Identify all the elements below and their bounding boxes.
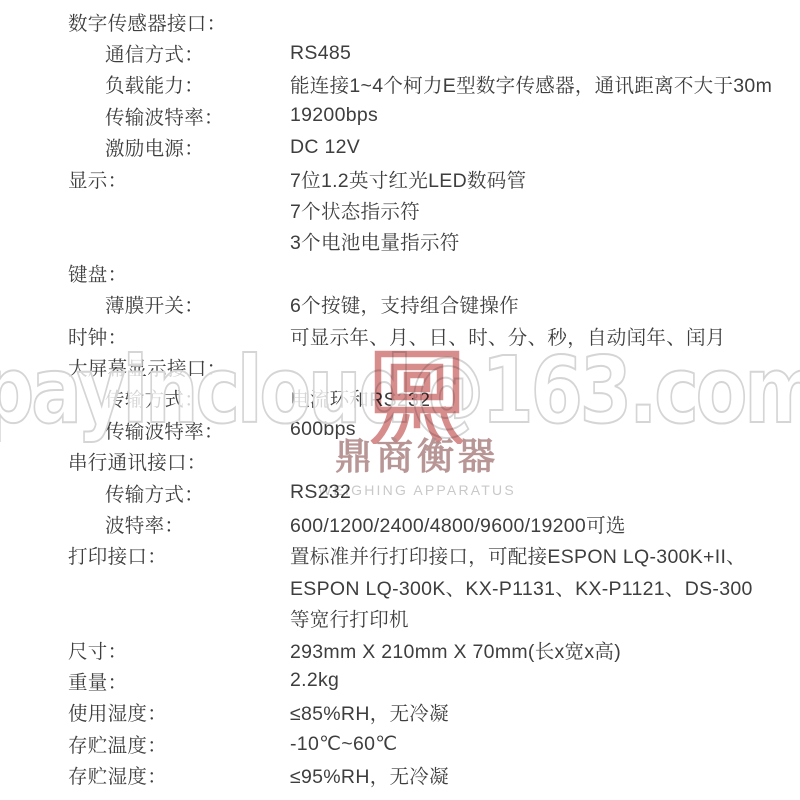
- spec-label: 时钟：: [0, 322, 290, 350]
- spec-row: 负载能力：能连接1~4个柯力E型数字传感器，通讯距离不大于30m: [0, 69, 800, 100]
- spec-label: 传输方式：: [0, 479, 290, 507]
- spec-row: 3个电池电量指示符: [0, 226, 800, 257]
- spec-row: 尺寸：293mm X 210mm X 70mm(长x宽x高): [0, 634, 800, 665]
- spec-value: 600bps: [290, 418, 356, 441]
- spec-label: 薄膜开关：: [0, 290, 290, 318]
- spec-row: 等宽行打印机: [0, 602, 800, 633]
- spec-label: 存贮温度：: [0, 730, 290, 758]
- spec-value: 19200bps: [290, 104, 378, 127]
- spec-row: 波特率：600/1200/2400/4800/9600/19200可选: [0, 508, 800, 539]
- spec-row: 存贮温度：-10℃~60℃: [0, 728, 800, 759]
- spec-value: 能连接1~4个柯力E型数字传感器，通讯距离不大于30m: [290, 70, 772, 98]
- spec-value: 3个电池电量指示符: [290, 227, 460, 255]
- spec-label: 数字传感器接口：: [0, 8, 290, 36]
- spec-label: 传输波特率：: [0, 102, 290, 130]
- spec-row: 显示：7位1.2英寸红光LED数码管: [0, 163, 800, 194]
- spec-row: 重量：2.2kg: [0, 665, 800, 696]
- spec-label: 激励电源：: [0, 133, 290, 161]
- spec-label: 键盘：: [0, 259, 290, 287]
- spec-row: 传输波特率：600bps: [0, 414, 800, 445]
- spec-row: 串行通讯接口：: [0, 445, 800, 476]
- spec-row: ESPON LQ-300K、KX-P1131、KX-P1121、DS-300: [0, 571, 800, 602]
- spec-label: 串行通讯接口：: [0, 447, 290, 475]
- spec-row: 时钟：可显示年、月、日、时、分、秒，自动闰年、闰月: [0, 320, 800, 351]
- spec-value: ≤95%RH，无冷凝: [290, 761, 449, 789]
- spec-value: 293mm X 210mm X 70mm(长x宽x高): [290, 636, 621, 664]
- spec-value: ESPON LQ-300K、KX-P1131、KX-P1121、DS-300: [290, 573, 753, 601]
- spec-label: 传输方式：: [0, 384, 290, 412]
- spec-value: DC 12V: [290, 136, 360, 159]
- spec-label: 负载能力：: [0, 70, 290, 98]
- spec-row: 大屏幕显示接口：: [0, 351, 800, 382]
- spec-value: RS485: [290, 42, 351, 65]
- spec-row: 打印接口：置标准并行打印接口，可配接ESPON LQ-300K+II、: [0, 540, 800, 571]
- spec-row: 激励电源：DC 12V: [0, 132, 800, 163]
- spec-label: 存贮湿度：: [0, 761, 290, 789]
- spec-value: 电流环和RS232: [290, 384, 430, 412]
- spec-row: 传输波特率：19200bps: [0, 100, 800, 131]
- spec-value: ≤85%RH，无冷凝: [290, 698, 449, 726]
- spec-label: 重量：: [0, 667, 290, 695]
- spec-row: 存贮湿度：≤95%RH，无冷凝: [0, 759, 800, 790]
- spec-value: 等宽行打印机: [290, 604, 409, 632]
- spec-value: 2.2kg: [290, 669, 339, 692]
- spec-value: 置标准并行打印接口，可配接ESPON LQ-300K+II、: [290, 541, 746, 569]
- spec-label: 传输波特率：: [0, 416, 290, 444]
- spec-label: 尺寸：: [0, 636, 290, 664]
- spec-value: 可显示年、月、日、时、分、秒，自动闰年、闰月: [290, 322, 726, 350]
- spec-label: 通信方式：: [0, 39, 290, 67]
- spec-value: 7位1.2英寸红光LED数码管: [290, 165, 526, 193]
- spec-row: 薄膜开关：6个按键，支持组合键操作: [0, 289, 800, 320]
- spec-value: 600/1200/2400/4800/9600/19200可选: [290, 510, 626, 538]
- spec-label: 打印接口：: [0, 541, 290, 569]
- spec-value: 7个状态指示符: [290, 196, 420, 224]
- spec-value: RS232: [290, 481, 351, 504]
- spec-label: 波特率：: [0, 510, 290, 538]
- spec-value: 6个按键，支持组合键操作: [290, 290, 519, 318]
- spec-row: 7个状态指示符: [0, 194, 800, 225]
- spec-label: 显示：: [0, 165, 290, 193]
- spec-label: 大屏幕显示接口：: [0, 353, 290, 381]
- spec-label: 使用湿度：: [0, 698, 290, 726]
- spec-row: 传输方式：电流环和RS232: [0, 383, 800, 414]
- spec-row: 键盘：: [0, 257, 800, 288]
- spec-value: -10℃~60℃: [290, 732, 397, 756]
- spec-sheet: 数字传感器接口：通信方式：RS485负载能力：能连接1~4个柯力E型数字传感器，…: [0, 6, 800, 791]
- spec-row: 数字传感器接口：: [0, 6, 800, 37]
- spec-row: 通信方式：RS485: [0, 37, 800, 68]
- spec-row: 使用湿度：≤85%RH，无冷凝: [0, 697, 800, 728]
- spec-row: 传输方式：RS232: [0, 477, 800, 508]
